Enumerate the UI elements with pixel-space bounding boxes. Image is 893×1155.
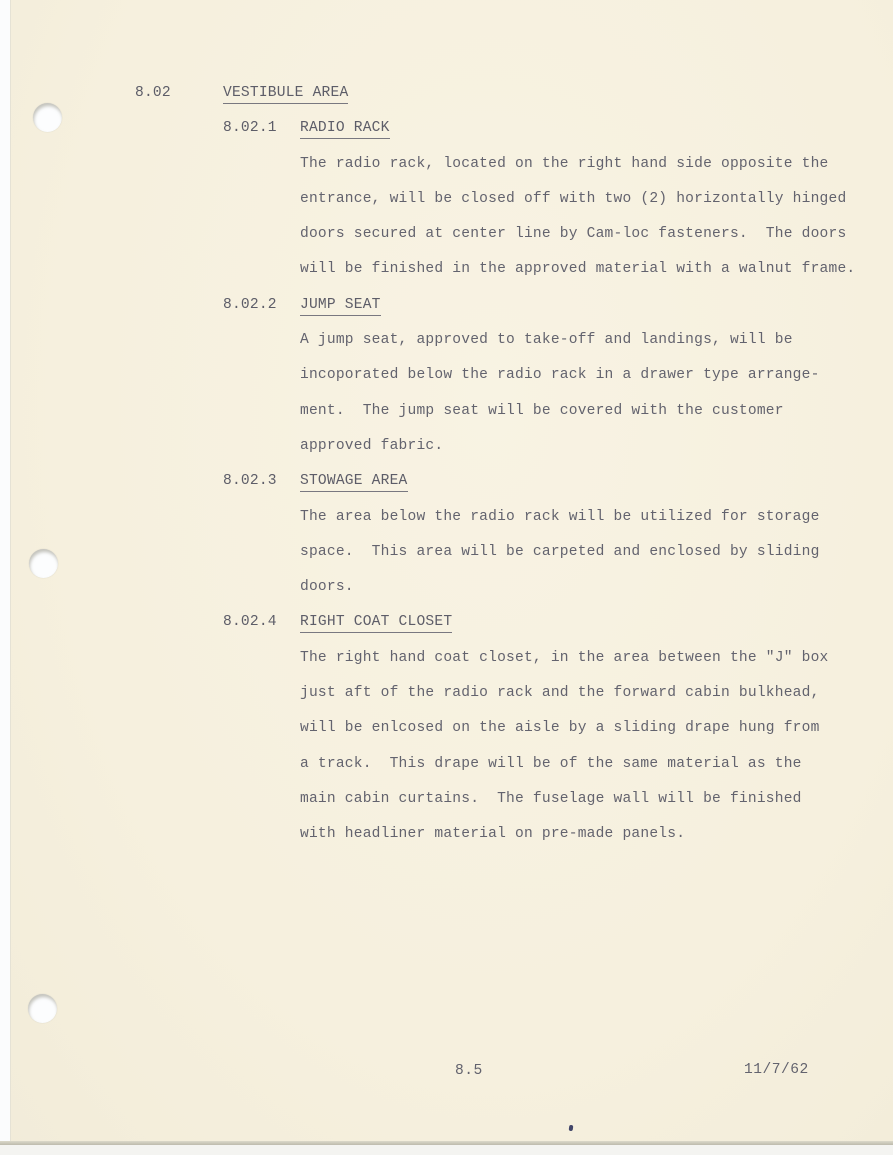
- punch-hole-bottom: [28, 994, 57, 1023]
- section-number: 8.02: [135, 76, 223, 111]
- paragraph-line: ment. The jump seat will be covered with…: [300, 394, 893, 429]
- subsection-heading-right-coat-closet: 8.02.4 RIGHT COAT CLOSET: [223, 605, 893, 640]
- paragraph-line: will be enlcosed on the aisle by a slidi…: [300, 711, 893, 746]
- subsection-number: 8.02.2: [223, 288, 300, 323]
- subsection-heading-jump-seat: 8.02.2 JUMP SEAT: [223, 288, 893, 323]
- paragraph-line: The area below the radio rack will be ut…: [300, 500, 893, 535]
- subsection-heading-stowage-area: 8.02.3 STOWAGE AREA: [223, 464, 893, 499]
- paragraph-line: main cabin curtains. The fuselage wall w…: [300, 782, 893, 817]
- paragraph-line: a track. This drape will be of the same …: [300, 747, 893, 782]
- subsection-title: STOWAGE AREA: [300, 473, 408, 492]
- subsection-heading-radio-rack: 8.02.1 RADIO RACK: [223, 111, 893, 146]
- section-heading: 8.02 VESTIBULE AREA: [135, 76, 893, 111]
- paragraph-line: incoporated below the radio rack in a dr…: [300, 358, 893, 393]
- scanned-document-page: 8.02 VESTIBULE AREA 8.02.1 RADIO RACK Th…: [0, 0, 893, 1155]
- paragraph-line: doors.: [300, 570, 893, 605]
- paragraph-line: will be finished in the approved materia…: [300, 252, 893, 287]
- paragraph-line: The radio rack, located on the right han…: [300, 147, 893, 182]
- paragraph-line: space. This area will be carpeted and en…: [300, 535, 893, 570]
- section-title: VESTIBULE AREA: [223, 85, 348, 104]
- document-body: 8.02 VESTIBULE AREA 8.02.1 RADIO RACK Th…: [0, 76, 893, 853]
- ink-speck: [569, 1125, 574, 1131]
- paragraph-line: approved fabric.: [300, 429, 893, 464]
- subsection-number: 8.02.3: [223, 464, 300, 499]
- paragraph-line: entrance, will be closed off with two (2…: [300, 182, 893, 217]
- subsection-title: JUMP SEAT: [300, 297, 381, 316]
- subsection-number: 8.02.4: [223, 605, 300, 640]
- paragraph-line: A jump seat, approved to take-off and la…: [300, 323, 893, 358]
- page-number: 8.5: [455, 1063, 483, 1079]
- paragraph-line: The right hand coat closet, in the area …: [300, 641, 893, 676]
- paragraph-line: doors secured at center line by Cam-loc …: [300, 217, 893, 252]
- scan-bottom-background: [0, 1145, 893, 1155]
- page-date: 11/7/62: [744, 1062, 809, 1078]
- subsection-title: RIGHT COAT CLOSET: [300, 614, 452, 633]
- subsection-title: RADIO RACK: [300, 120, 390, 139]
- paragraph-line: with headliner material on pre-made pane…: [300, 817, 893, 852]
- subsection-number: 8.02.1: [223, 111, 300, 146]
- paragraph-line: just aft of the radio rack and the forwa…: [300, 676, 893, 711]
